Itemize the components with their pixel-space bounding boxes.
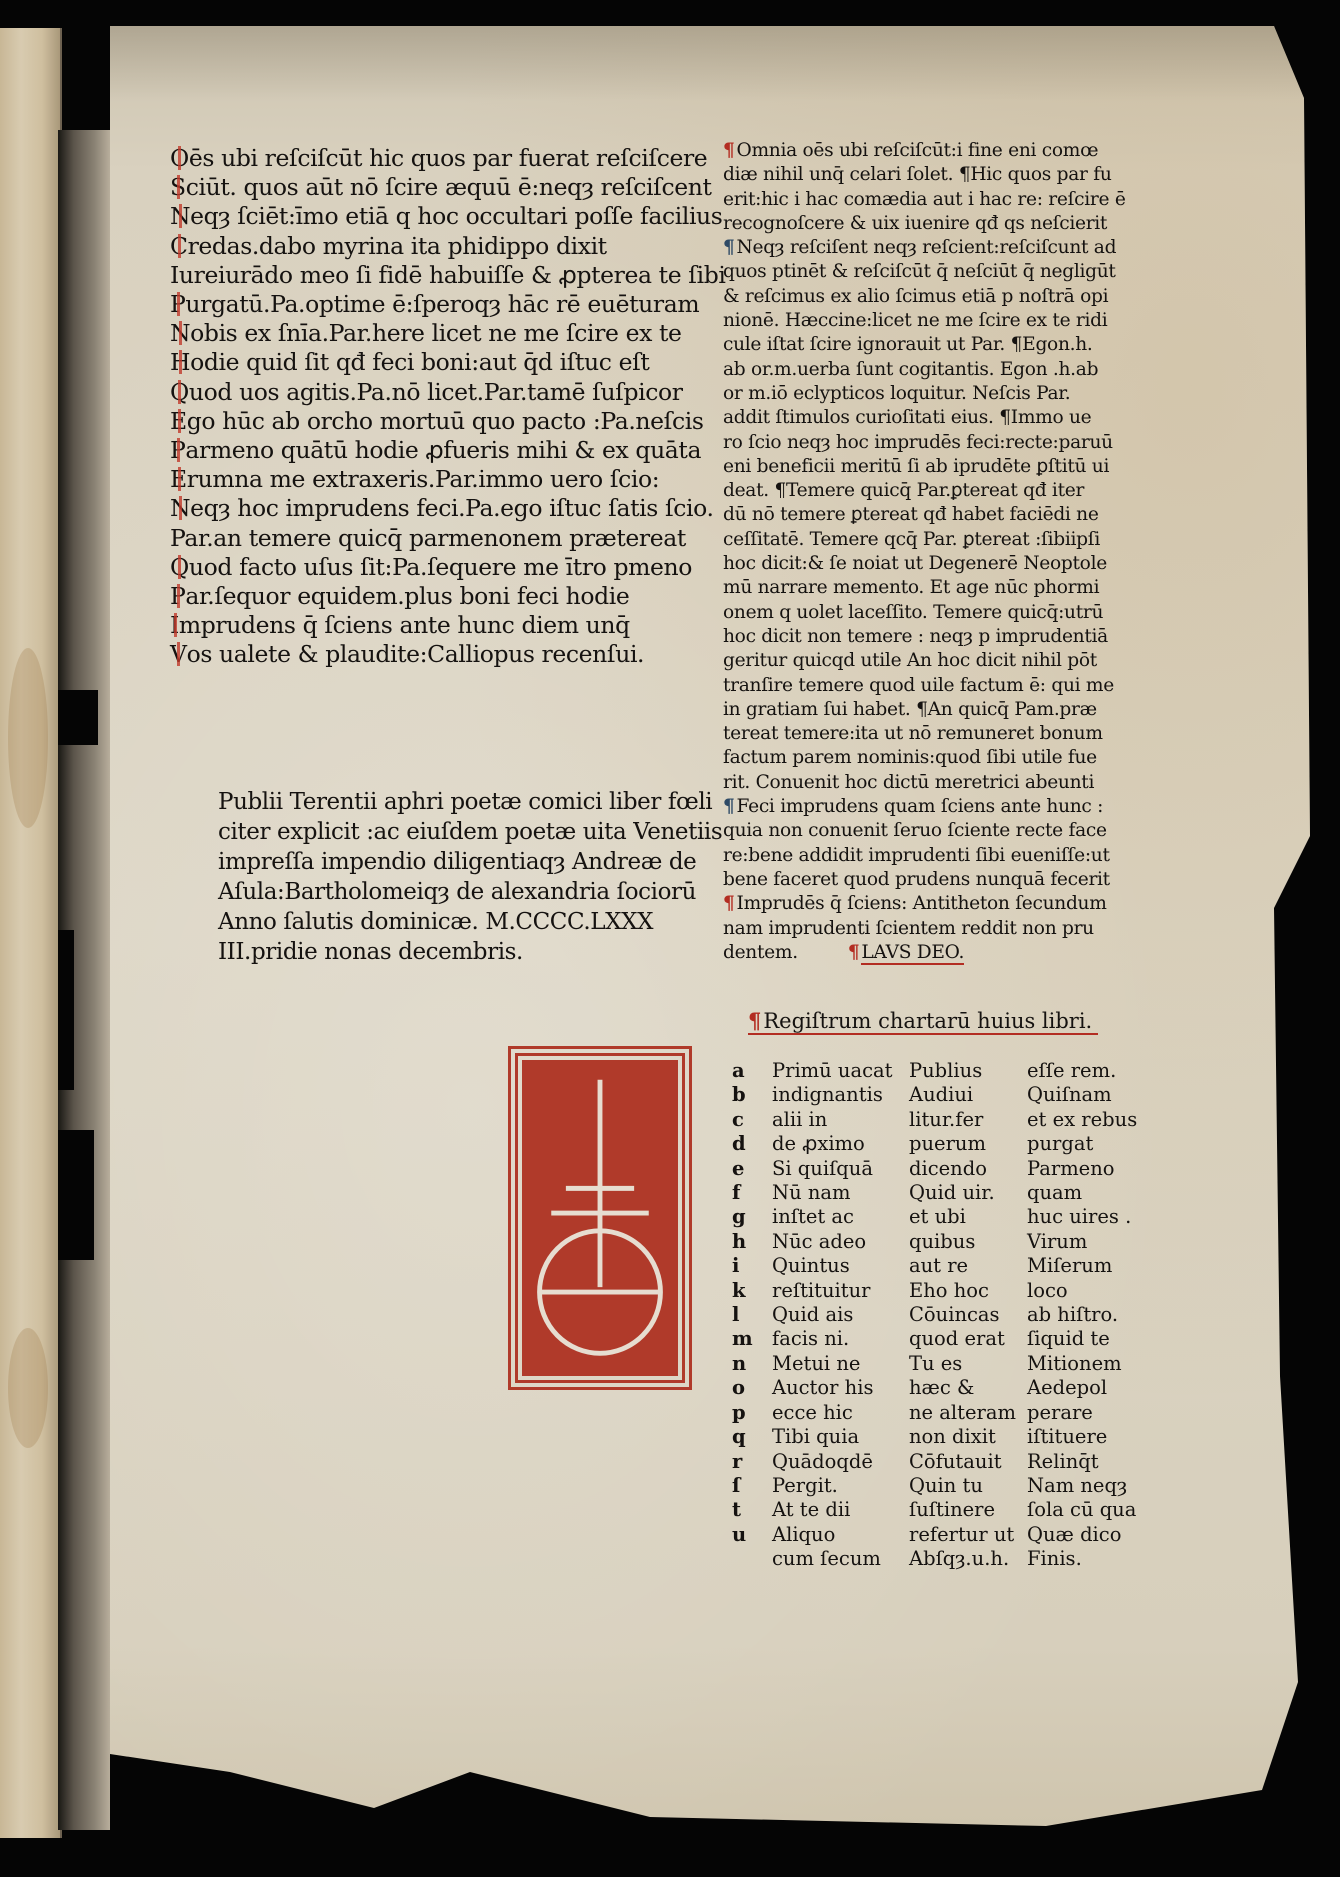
commentary-line: in gratiam ſui habet. ¶An quicq̄ Pam.præ [723, 698, 1123, 722]
catchword: ne alteram [909, 1401, 1027, 1425]
signature-letter: f [732, 1181, 772, 1205]
signature-letter: q [732, 1425, 772, 1449]
rubricated-initial: P [170, 290, 185, 318]
catchword: inſtet ac [772, 1205, 909, 1229]
rubricated-initial: E [170, 407, 187, 435]
commentary-line-text: Neqȝ reſciſent neqȝ reſcient:reſciſcunt … [737, 237, 1117, 258]
commentary-line-text: ro ſcio neqȝ hoc imprudēs feci:recte:par… [723, 432, 1113, 453]
rubricated-initial: Q [170, 553, 189, 581]
catchword: et ex rebus [1027, 1108, 1137, 1132]
commentary-line: tranſire temere quod uile factum ē: qui … [723, 674, 1123, 698]
colophon-line: Aſula:Bartholomeiqȝ de alexandria ſocior… [218, 877, 718, 907]
register-row: kreſtituiturEho hocloco [732, 1279, 1137, 1303]
register-row: qTibi quianon dixitiſtituere [732, 1425, 1137, 1449]
printers-device [508, 1046, 692, 1390]
commentary-line: deat. ¶Temere quicq̄ Par.ꝑtereat qđ iter [723, 479, 1123, 503]
register-title: ¶Regiſtrum chartarū huius libri. [748, 1008, 1098, 1035]
rubricated-initial: O [170, 144, 189, 172]
commentary-line: ¶Neqȝ reſciſent neqȝ reſcient:reſciſcunt… [723, 236, 1123, 260]
commentary-line: mū narrare memento. Et age nūc phormi [723, 576, 1123, 600]
commentary-line: addit ſtimulos curioſitati eius. ¶Immo u… [723, 406, 1123, 430]
catchword: aut re [909, 1254, 1027, 1278]
catchword: refertur ut [909, 1523, 1027, 1547]
binding-gutter [58, 130, 110, 1830]
commentary-line-text: hoc dicit non temere : neqȝ p imprudenti… [723, 626, 1108, 647]
orb-and-cross-icon [522, 1060, 678, 1376]
commentary-line-text: deat. ¶Temere quicq̄ Par.ꝑtereat qđ iter [723, 480, 1084, 501]
verse-line-text: uod uos agitis.Pa.nō licet.Par.tamē ſuſp… [189, 378, 683, 406]
rubricated-initial: N [170, 202, 190, 230]
commentary-line-text: nionē. Hæccine:licet ne me ſcire ex te r… [723, 310, 1107, 331]
catchword: puerum [909, 1132, 1027, 1156]
catchword: reſtituitur [772, 1279, 909, 1303]
rubricated-initial: N [170, 319, 190, 347]
commentary-line: rit. Conuenit hoc dictū meretrici abeunt… [723, 771, 1123, 795]
catchword: Quādoqdē [772, 1450, 909, 1474]
catchword: Audiui [909, 1083, 1027, 1107]
verse-line-text: uod facto uſus ſit:Pa.ſequere me ītro pm… [189, 553, 692, 581]
stain [8, 1328, 48, 1448]
signature-letter: ſ [732, 1474, 772, 1498]
verse-line: Ego hūc ab orcho mortuū quo pacto :Pa.ne… [170, 407, 715, 436]
signature-letter: c [732, 1108, 772, 1132]
catchword: ſuſtinere [909, 1498, 1027, 1522]
commentary-line-text: nam imprudenti ſcientem reddit non pru [723, 918, 1094, 939]
register-row: cum ſecumAbſqȝ.u.h.Finis. [732, 1547, 1137, 1571]
stain [8, 648, 48, 828]
catchword: huc uires . [1027, 1205, 1137, 1229]
commentary-line-text: Feci imprudens quam ſciens ante hunc : [737, 796, 1104, 817]
catchword: iſtituere [1027, 1425, 1137, 1449]
commentary-line-text: erit:hic i hac comædia aut i hac re: reſ… [723, 189, 1126, 210]
verse-line: Par.ſequor equidem.plus boni feci hodie [170, 582, 715, 611]
commentary-line: nam imprudenti ſcientem reddit non pru [723, 917, 1123, 941]
register-title-text: Regiſtrum chartarū huius libri. [763, 1009, 1092, 1033]
catchword: ſola cū qua [1027, 1498, 1137, 1522]
verse-line-text: urgatū.Pa.optime ē:ſperoqȝ hāc rē euētur… [185, 290, 699, 318]
register-row: fNū namQuid uir.quam [732, 1181, 1137, 1205]
signature-letter: r [732, 1450, 772, 1474]
verse-line-text: ciūt. quos aūt nō ſcire æquū ē:neqȝ reſc… [186, 173, 712, 201]
register-row: mfacis ni.quod eratſiquid te [732, 1327, 1137, 1351]
catchword: quibus [909, 1230, 1027, 1254]
gutter-tear [58, 930, 74, 1090]
register-row: dde ꝓximopuerumpurgat [732, 1132, 1137, 1156]
catchword: Pergit. [772, 1474, 909, 1498]
commentary-line: erit:hic i hac comædia aut i hac re: reſ… [723, 188, 1123, 212]
colophon: Publii Terentii aphri poetæ comici liber… [218, 787, 718, 967]
catchword: dicendo [909, 1157, 1027, 1181]
commentary-line: dū nō temere ꝑtereat qđ habet faciēdi ne [723, 503, 1123, 527]
catchword: eſſe rem. [1027, 1059, 1137, 1083]
signature-letter: b [732, 1083, 772, 1107]
register-row: oAuctor hishæc &Aedepol [732, 1376, 1137, 1400]
catchword: Parmeno [1027, 1157, 1137, 1181]
commentary-line: hoc dicit non temere : neqȝ p imprudenti… [723, 625, 1123, 649]
verse-line-text: Iureiurādo meo ſi fidē habuiſſe & ꝓptere… [170, 261, 725, 289]
verse-line: Oēs ubi reſciſcūt hic quos par fuerat re… [170, 144, 715, 173]
verse-line-text: ēs ubi reſciſcūt hic quos par fuerat reſ… [189, 144, 707, 172]
register-row: rQuādoqdēCōfutauitRelinq̄t [732, 1450, 1137, 1474]
commentary-line-text: eni beneficii meritū ſi ab iprudēte ꝑſti… [723, 456, 1109, 477]
signature-letter: n [732, 1352, 772, 1376]
commentary-line: ¶Omnia oēs ubi reſciſcūt:i fine eni comœ [723, 139, 1123, 163]
pilcrow-icon: ¶ [848, 942, 860, 963]
verse-line: Erumna me extraxeris.Par.immo uero ſcio: [170, 465, 715, 494]
commentary-line: & reſcimus ex alio ſcimus etiā p noſtrā … [723, 285, 1123, 309]
commentary-line: quos ptinēt & reſciſcūt q̄ neſciūt q̄ ne… [723, 260, 1123, 284]
signature-letter: g [732, 1205, 772, 1229]
verse-line: Sciūt. quos aūt nō ſcire æquū ē:neqȝ reſ… [170, 173, 715, 202]
commentary-line-text: cule iſtat ſcire ignorauit ut Par. ¶Egon… [723, 334, 1093, 355]
catchword: Metui ne [772, 1352, 909, 1376]
rubricated-initial: I [170, 611, 179, 639]
catchword: hæc & [909, 1376, 1027, 1400]
verse-line: Quod uos agitis.Pa.nō licet.Par.tamē ſuſ… [170, 378, 715, 407]
signature-letter: d [732, 1132, 772, 1156]
catchword: Quiſnam [1027, 1083, 1137, 1107]
register-row: eSi quiſquādicendoParmeno [732, 1157, 1137, 1181]
verse-line-text: eqȝ ſciēt:īmo etiā q hoc occultari poſſe… [190, 202, 722, 230]
commentary-line-text: rit. Conuenit hoc dictū meretrici abeunt… [723, 772, 1094, 793]
catchword: Relinq̄t [1027, 1450, 1137, 1474]
catchword: Miſerum [1027, 1254, 1137, 1278]
commentary-line-text: factum parem nominis:quod ſibi utile fue [723, 747, 1097, 768]
pilcrow-icon: ¶ [748, 1008, 761, 1033]
catchword: non dixit [909, 1425, 1027, 1449]
verse-line: Nobis ex ſnīa.Par.here licet ne me ſcire… [170, 319, 715, 348]
catchword: Eho hoc [909, 1279, 1027, 1303]
rubricated-initial: C [170, 232, 188, 260]
catchword: Tu es [909, 1352, 1027, 1376]
catchword: quam [1027, 1181, 1137, 1205]
register-row: iQuintusaut reMiſerum [732, 1254, 1137, 1278]
catchword: cum ſecum [772, 1547, 909, 1571]
catchword: perare [1027, 1401, 1137, 1425]
commentary-line: tereat temere:ita ut nō remuneret bonum [723, 722, 1123, 746]
signature-letter: i [732, 1254, 772, 1278]
catchword: Aedepol [1027, 1376, 1137, 1400]
catchword: Quin tu [909, 1474, 1027, 1498]
commentary-line-text: dū nō temere ꝑtereat qđ habet faciēdi ne [723, 504, 1099, 525]
verse-line-text: Par.an temere quicq̄ parmenonem præterea… [170, 524, 686, 552]
printers-device-inner-frame [515, 1053, 685, 1383]
register-row: pecce hicne alteramperare [732, 1401, 1137, 1425]
catchword: Mitionem [1027, 1352, 1137, 1376]
catchword: Quid ais [772, 1303, 909, 1327]
pilcrow-icon: ¶ [723, 893, 735, 914]
commentary-line: onem q uolet laceſſito. Temere quicq̄:ut… [723, 601, 1123, 625]
register-row: ſPergit.Quin tuNam neqȝ [732, 1474, 1137, 1498]
catchword: alii in [772, 1108, 909, 1132]
gutter-tear [58, 1130, 94, 1260]
signature-letter: t [732, 1498, 772, 1522]
register-row: aPrimū uacatPubliuseſſe rem. [732, 1059, 1137, 1083]
previous-leaf-edge [0, 28, 62, 1838]
verse-line-text: redas.dabo myrina ita phidippo dixit [188, 232, 607, 260]
catchword: Cōfutauit [909, 1450, 1027, 1474]
colophon-line: citer explicit :ac eiuſdem poetæ uita Ve… [218, 817, 718, 847]
rubricated-initial: P [170, 582, 185, 610]
pilcrow-icon: ¶ [723, 237, 735, 258]
verse-line: Parmeno quātū hodie ꝓfueris mihi & ex qu… [170, 436, 715, 465]
signature-letter: u [732, 1523, 772, 1547]
commentary-line-text: quos ptinēt & reſciſcūt q̄ neſciūt q̄ ne… [723, 261, 1116, 282]
catchword: loco [1027, 1279, 1137, 1303]
verse-line-text: eqȝ hoc imprudens feci.Pa.ego iſtuc ſati… [190, 494, 713, 522]
signature-letter: o [732, 1376, 772, 1400]
verse-line-text: odie quid ſit qđ feci boni:aut q̄d iſtuc… [190, 348, 649, 376]
colophon-line: III.pridie nonas decembris. [218, 937, 718, 967]
catchword: Auctor his [772, 1376, 909, 1400]
commentary-line-text: or m.iō eclypticos loquitur. Neſcis Par. [723, 383, 1070, 404]
verse-line: Imprudens q̄ ſciens ante hunc diem unq̄ [170, 611, 715, 640]
catchword: de ꝓximo [772, 1132, 909, 1156]
catchword: Aliquo [772, 1523, 909, 1547]
catchword: ecce hic [772, 1401, 909, 1425]
commentary-line-text: Omnia oēs ubi reſciſcūt:i fine eni comœ [737, 140, 1099, 161]
commentary-line: cule iſtat ſcire ignorauit ut Par. ¶Egon… [723, 333, 1123, 357]
catchword: Cōuincas [909, 1303, 1027, 1327]
catchword: At te dii [772, 1498, 909, 1522]
signature-letter: m [732, 1327, 772, 1351]
rubricated-initial: P [170, 436, 185, 464]
catchword: Publius [909, 1059, 1027, 1083]
register-row: uAliquorefertur utQuæ dico [732, 1523, 1137, 1547]
commentary-line-text: quia non conuenit ſeruo ſciente recte fa… [723, 820, 1107, 841]
rubricated-initial: Q [170, 378, 189, 406]
catchword: et ubi [909, 1205, 1027, 1229]
commentary-line-text: recognoſcere & uix iuenire qđ qs neſcier… [723, 213, 1107, 234]
commentary-line: ceſſitatē. Temere qcq̄ Par. ꝑtereat :ſib… [723, 528, 1123, 552]
commentary-line: ab or.m.uerba ſunt cogitantis. Egon .h.a… [723, 358, 1123, 382]
commentary-line-text: mū narrare memento. Et age nūc phormi [723, 577, 1099, 598]
commentary-line: diæ nihil unq̄ celari ſolet. ¶Hic quos p… [723, 163, 1123, 187]
verse-line: Hodie quid ſit qđ feci boni:aut q̄d iſtu… [170, 348, 715, 377]
signature-letter [732, 1547, 772, 1571]
verse-line-text: os ualete & plaudite:Calliopus recenſui. [187, 640, 645, 668]
verse-line: Iureiurādo meo ſi fidē habuiſſe & ꝓptere… [170, 261, 715, 290]
catchword: Tibi quia [772, 1425, 909, 1449]
rubricated-initial: S [170, 173, 186, 201]
commentary-line-text: ceſſitatē. Temere qcq̄ Par. ꝑtereat :ſib… [723, 529, 1100, 550]
commentary-line: quia non conuenit ſeruo ſciente recte fa… [723, 819, 1123, 843]
register-row: tAt te diiſuſtinereſola cū qua [732, 1498, 1137, 1522]
signature-letter: k [732, 1279, 772, 1303]
commentary-line-text: tranſire temere quod uile factum ē: qui … [723, 675, 1114, 696]
commentary-line-text: & reſcimus ex alio ſcimus etiā p noſtrā … [723, 286, 1108, 307]
signature-letter: p [732, 1401, 772, 1425]
commentary-line: factum parem nominis:quod ſibi utile fue [723, 746, 1123, 770]
colophon-line: impreſſa impendio diligentiaqȝ Andreæ de [218, 847, 718, 877]
commentary-line-text: geritur quicqd utile An hoc dicit nihil … [723, 650, 1097, 671]
verse-line: Credas.dabo myrina ita phidippo dixit [170, 232, 715, 261]
commentary-line-text: in gratiam ſui habet. ¶An quicq̄ Pam.præ [723, 699, 1097, 720]
commentary-line: ¶Feci imprudens quam ſciens ante hunc : [723, 795, 1123, 819]
catchword: indignantis [772, 1083, 909, 1107]
verse-line: Quod facto uſus ſit:Pa.ſequere me ītro p… [170, 553, 715, 582]
catchword: Quid uir. [909, 1181, 1027, 1205]
commentary-line: or m.iō eclypticos loquitur. Neſcis Par. [723, 382, 1123, 406]
gutter-tear [58, 690, 98, 745]
catchword: Si quiſquā [772, 1157, 909, 1181]
commentary-line-text: ab or.m.uerba ſunt cogitantis. Egon .h.a… [723, 359, 1098, 380]
rubricated-initial: N [170, 494, 190, 522]
catchword: Quintus [772, 1254, 909, 1278]
commentary-line-text: re:bene addidit imprudenti ſibi eueniſſe… [723, 845, 1110, 866]
verse-text-block: Oēs ubi reſciſcūt hic quos par fuerat re… [170, 144, 715, 670]
verse-line: Neqȝ hoc imprudens feci.Pa.ego iſtuc ſat… [170, 494, 715, 523]
catchword: Nūc adeo [772, 1230, 909, 1254]
pilcrow-icon: ¶ [723, 796, 735, 817]
commentary-line-text: onem q uolet laceſſito. Temere quicq̄:ut… [723, 602, 1103, 623]
signature-letter: l [732, 1303, 772, 1327]
commentary-line: ro ſcio neqȝ hoc imprudēs feci:recte:par… [723, 431, 1123, 455]
commentary-line: hoc dicit:& ſe noiat ut Degenerē Neoptol… [723, 552, 1123, 576]
register-row: calii inlitur.feret ex rebus [732, 1108, 1137, 1132]
colophon-line: Publii Terentii aphri poetæ comici liber… [218, 787, 718, 817]
commentary-line: bene faceret quod prudens nunquā fecerit [723, 868, 1123, 892]
verse-line-text: armeno quātū hodie ꝓfueris mihi & ex quā… [185, 436, 701, 464]
commentary-line: eni beneficii meritū ſi ab iprudēte ꝑſti… [723, 455, 1123, 479]
register-row: nMetui neTu esMitionem [732, 1352, 1137, 1376]
register-of-signatures: aPrimū uacatPubliuseſſe rem.bindignantis… [732, 1059, 1137, 1572]
commentary-line-text: hoc dicit:& ſe noiat ut Degenerē Neoptol… [723, 553, 1107, 574]
register-row: lQuid aisCōuincasab hiſtro. [732, 1303, 1137, 1327]
register-row: hNūc adeoquibusVirum [732, 1230, 1137, 1254]
register-table: aPrimū uacatPubliuseſſe rem.bindignantis… [732, 1059, 1137, 1572]
commentary-line-text: tereat temere:ita ut nō remuneret bonum [723, 723, 1103, 744]
commentary-line: re:bene addidit imprudenti ſibi eueniſſe… [723, 844, 1123, 868]
commentary-final-line: dentem.¶LAVS DEO. [723, 941, 1123, 965]
signature-letter: a [732, 1059, 772, 1083]
verse-line-text: go hūc ab orcho mortuū quo pacto :Pa.neſ… [187, 407, 704, 435]
rubricated-initial: E [170, 465, 187, 493]
catchword: purgat [1027, 1132, 1137, 1156]
signature-letter: e [732, 1157, 772, 1181]
catchword: Primū uacat [772, 1059, 909, 1083]
catchword: Nū nam [772, 1181, 909, 1205]
commentary-line: geritur quicqd utile An hoc dicit nihil … [723, 649, 1123, 673]
register-row: bindignantisAudiuiQuiſnam [732, 1083, 1137, 1107]
commentary-line-text: Imprudēs q̄ ſciens: Antitheton ſecundum [737, 893, 1107, 914]
rubricated-initial: H [170, 348, 190, 376]
top-stain [110, 26, 1310, 101]
catchword: Virum [1027, 1230, 1137, 1254]
verse-line-text: obis ex ſnīa.Par.here licet ne me ſcire … [190, 319, 681, 347]
catchword: ab hiſtro. [1027, 1303, 1137, 1327]
commentary-line: ¶Imprudēs q̄ ſciens: Antitheton ſecundum [723, 892, 1123, 916]
commentary-line-text: bene faceret quod prudens nunquā fecerit [723, 869, 1110, 890]
verse-line-text: mprudens q̄ ſciens ante hunc diem unq̄ [179, 611, 630, 639]
laus-deo: LAVS DEO. [861, 942, 964, 965]
colophon-line: Anno ſalutis dominicæ. M.CCCC.LXXX [218, 907, 718, 937]
catchword: Quæ dico [1027, 1523, 1137, 1547]
verse-line-text: ar.ſequor equidem.plus boni feci hodie [185, 582, 629, 610]
commentary-line-text: dentem. [723, 942, 798, 963]
rubricated-initial: V [170, 640, 187, 668]
verse-line: Purgatū.Pa.optime ē:ſperoqȝ hāc rē euētu… [170, 290, 715, 319]
verse-line-text: rumna me extraxeris.Par.immo uero ſcio: [187, 465, 660, 493]
register-row: ginſtet acet ubihuc uires . [732, 1205, 1137, 1229]
commentary-line: nionē. Hæccine:licet ne me ſcire ex te r… [723, 309, 1123, 333]
signature-letter: h [732, 1230, 772, 1254]
catchword: ſiquid te [1027, 1327, 1137, 1351]
verse-line: Par.an temere quicq̄ parmenonem præterea… [170, 524, 715, 553]
catchword: Finis. [1027, 1547, 1137, 1571]
commentary-line-text: addit ſtimulos curioſitati eius. ¶Immo u… [723, 407, 1091, 428]
commentary-line-text: diæ nihil unq̄ celari ſolet. ¶Hic quos p… [723, 164, 1112, 185]
catchword: Abſqȝ.u.h. [909, 1547, 1027, 1571]
pilcrow-icon: ¶ [723, 140, 735, 161]
commentary-line: recognoſcere & uix iuenire qđ qs neſcier… [723, 212, 1123, 236]
catchword: facis ni. [772, 1327, 909, 1351]
catchword: Nam neqȝ [1027, 1474, 1137, 1498]
catchword: quod erat [909, 1327, 1027, 1351]
verse-line: Neqȝ ſciēt:īmo etiā q hoc occultari poſſ… [170, 202, 715, 231]
catchword: litur.fer [909, 1108, 1027, 1132]
verse-line: Vos ualete & plaudite:Calliopus recenſui… [170, 640, 715, 669]
commentary-column: ¶Omnia oēs ubi reſciſcūt:i fine eni comœ… [723, 139, 1123, 965]
